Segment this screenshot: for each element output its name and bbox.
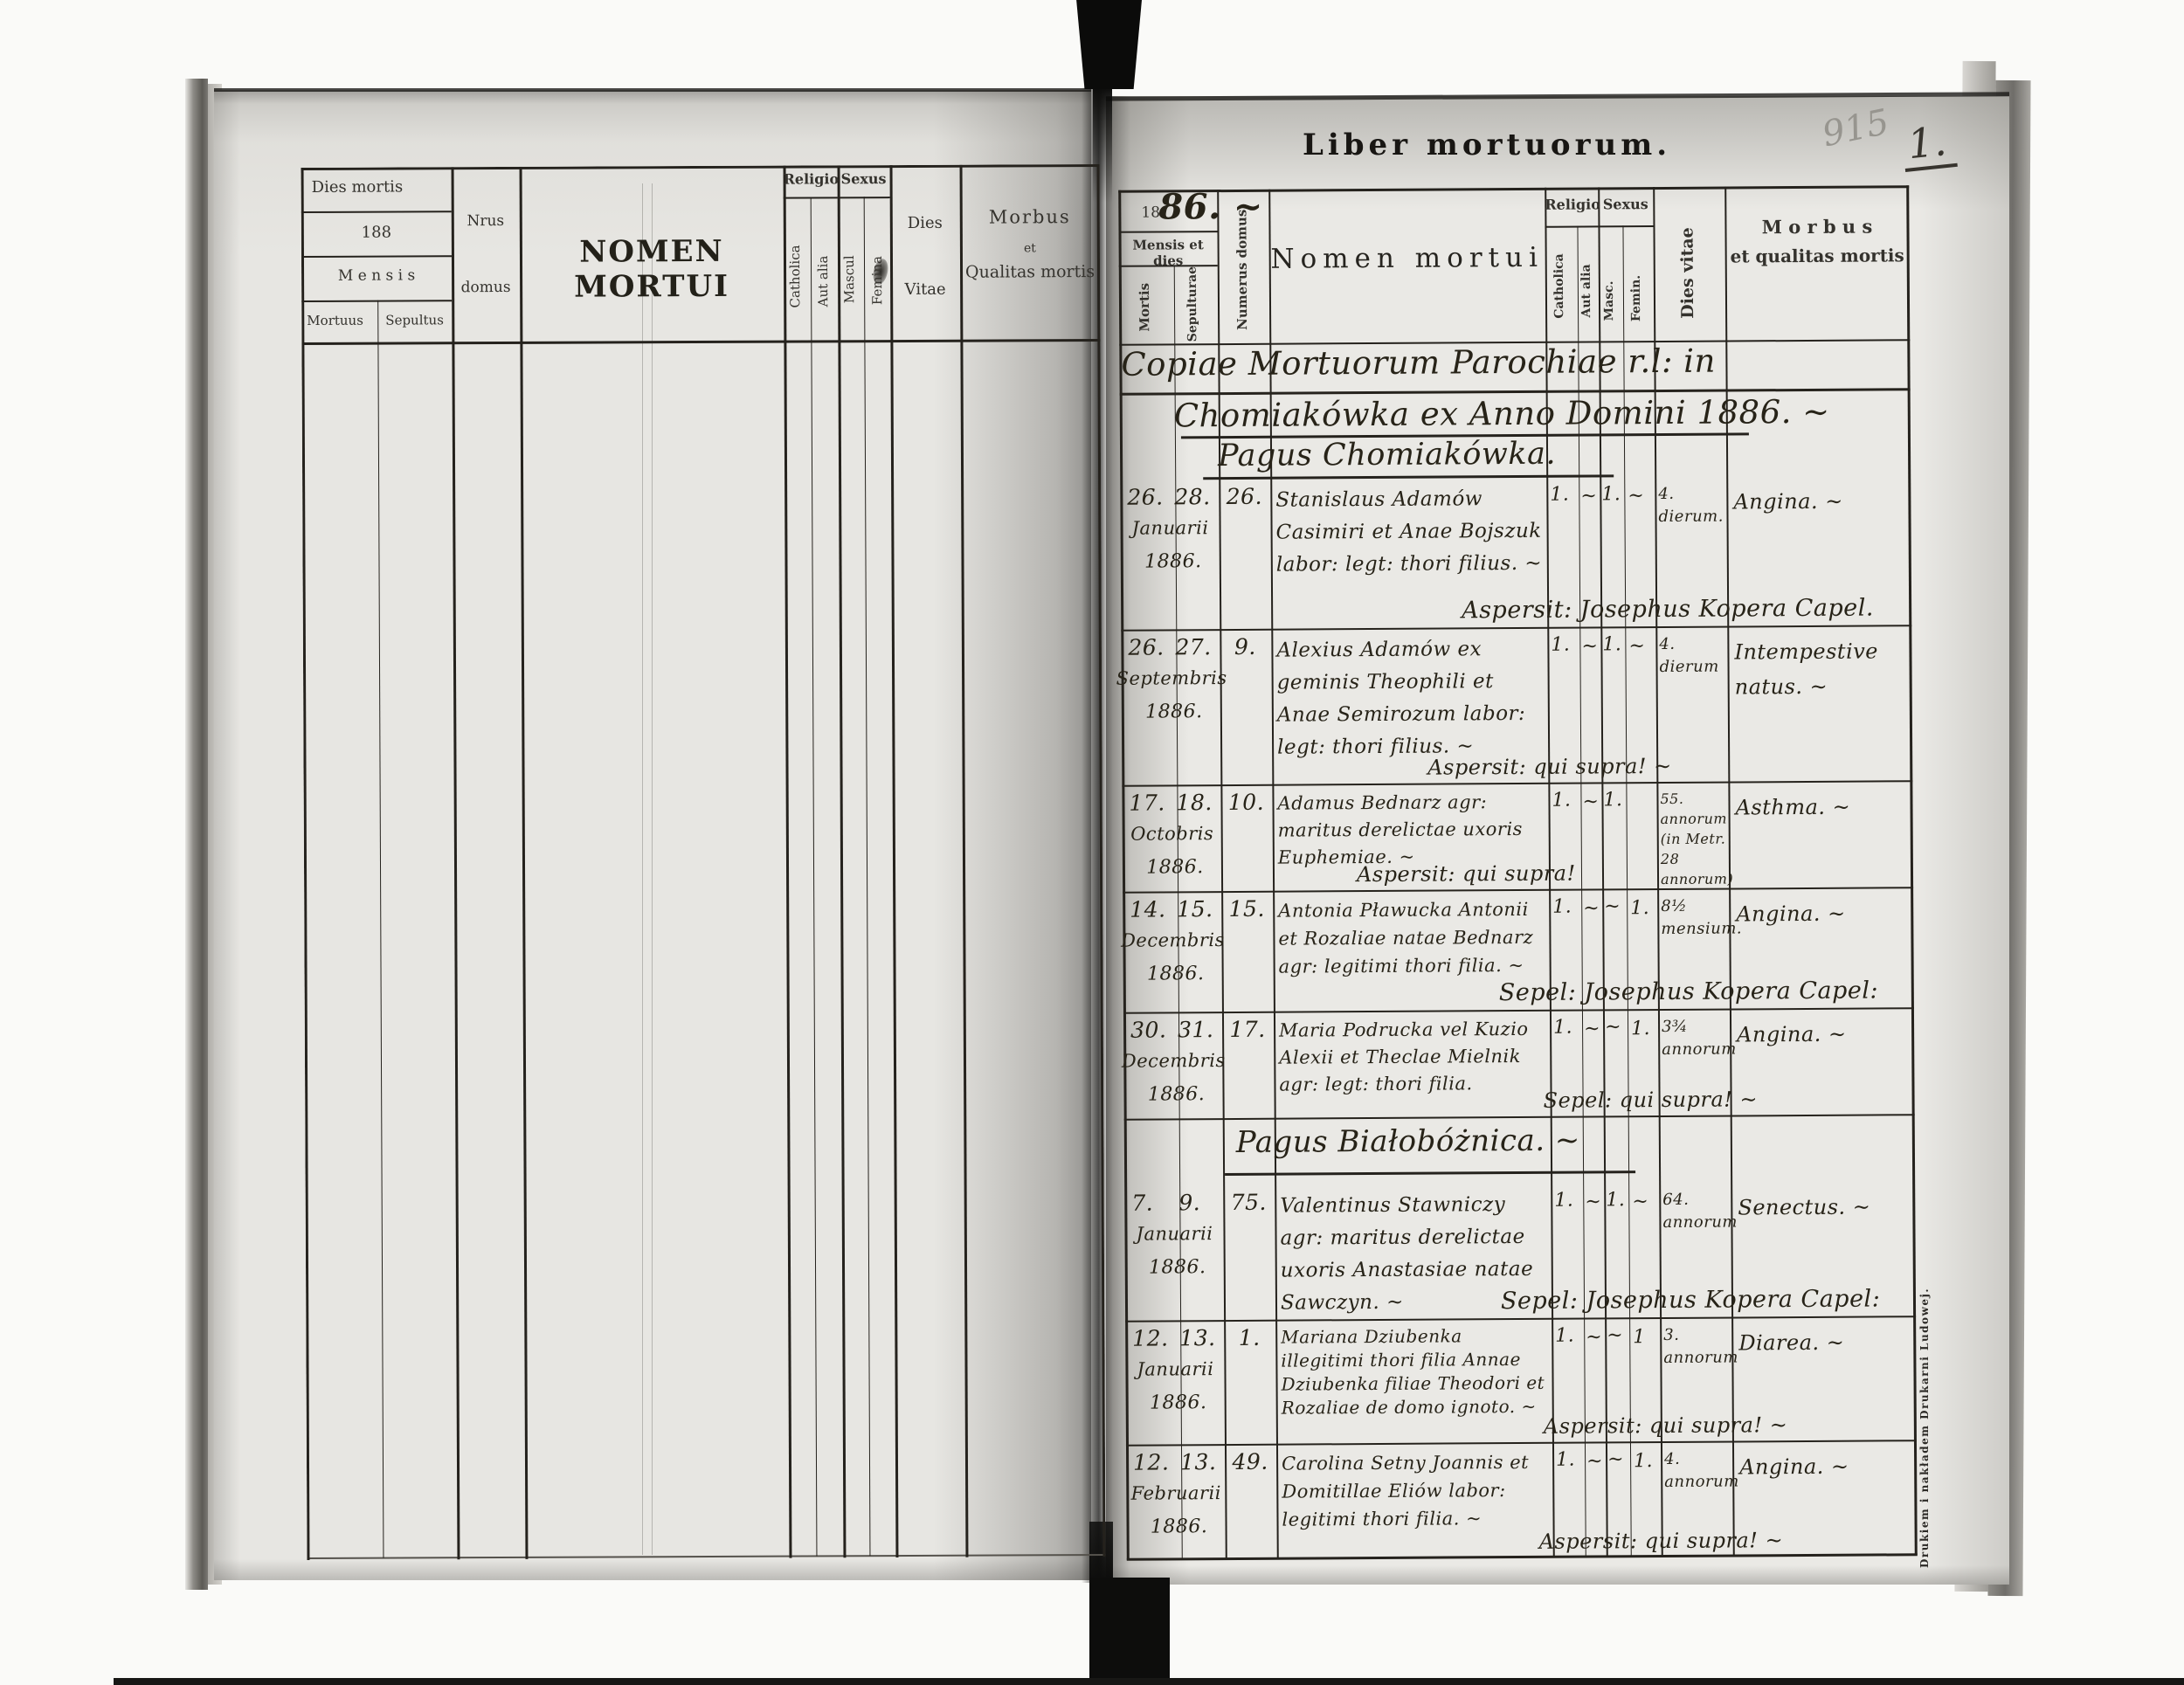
religio-catholica-mark: 1. [1550,484,1569,506]
sexus-masc-mark: ~ [1607,1324,1623,1346]
cause-of-death: Angina. ~ [1739,1448,1912,1484]
age: 64. annorum [1662,1189,1729,1234]
col-femin: Femin. [1629,257,1644,339]
house-number: 49. [1226,1449,1275,1474]
month: Septembris [1116,667,1227,689]
age: 4. dierum [1659,633,1725,679]
col-domus: domus [452,279,520,296]
deceased-name: Stanislaus Adamów Casimiri et Anae Bojsz… [1275,483,1544,582]
col-morbus: Morbus [960,206,1100,228]
burial-note: Sepel: qui supra! ~ [1543,1087,1758,1112]
title-line-1: Copiae Mortuorum Parochiae r.l: in [1121,342,1716,383]
col-masc: Masc. [1602,262,1617,339]
sexus-masc-mark: 1. [1606,1189,1625,1211]
binding-tape-top [1074,0,1142,89]
month: Decembris [1117,929,1227,951]
year: 1886. [1126,1392,1231,1414]
printer-imprint: Drukiem i nakładem Drukarni Ludowej. [1918,1256,1936,1599]
deceased-name: Antonia Pławucka Antonii et Rozaliae nat… [1278,895,1546,981]
deceased-name: Carolina Setny Joannis et Domitillae Eli… [1282,1448,1550,1534]
house-number: 15. [1222,896,1271,922]
burial-note: Aspersit: qui supra! ~ [1539,1528,1784,1554]
year-printed: 18 [1141,204,1160,221]
house-number: 1. [1225,1325,1274,1350]
col-morbus-et: et [960,241,1100,256]
sexus-masc-mark: ~ [1604,895,1621,917]
sexus-femin-mark: ~ [1628,485,1644,507]
col-morbus-qualitas: et qualitas mortis [1725,245,1910,266]
religio-aut-alia-mark: ~ [1582,791,1599,812]
cause-of-death: Asthma. ~ [1735,789,1908,825]
sexus-masc-mark: 1. [1602,633,1621,655]
death-day: 7. [1131,1191,1153,1216]
col-nomen-mortui: Nomen mortui [1269,242,1545,275]
right-form-table: 18 86. ~ Mensis et dies Mortis Sepultura… [1118,185,1918,1564]
sexus-masc-mark: ~ [1607,1448,1624,1470]
col-mortis: Mortis [1137,274,1152,341]
sexus-femin-mark: ~ [1628,635,1645,657]
col-catholica: Catholica [1552,233,1567,340]
year: 1886. [1123,963,1228,985]
religio-catholica-mark: 1. [1555,1325,1574,1347]
col-aut-alia: Aut alia [1579,241,1594,339]
table-row: 12. 13. Januarii 1886. 1. Mariana Dziube… [1125,1317,1917,1447]
religio-catholica-mark: 1. [1556,1449,1575,1471]
year: 1886. [1126,1516,1231,1538]
sexus-masc-mark: 1. [1603,789,1622,811]
month: Januarii [1115,517,1225,539]
section-heading-row: Pagus Białobóżnica. ~ [1124,1115,1915,1187]
burial-day: 13. [1180,1449,1216,1474]
age: 4. dierum. [1658,483,1724,528]
sexus-femin-mark: 1. [1634,1450,1653,1472]
burial-note: Aspersit: qui supra! [1357,861,1576,887]
age: 3. annorum [1663,1324,1730,1370]
col-religio: Religio [1545,196,1598,212]
death-day: 12. [1132,1325,1168,1350]
entries-body: Copiae Mortuorum Parochiae r.l: in Chomi… [1119,341,1917,1560]
title-line-3: Pagus Chomiakówka. [1218,437,1556,473]
burial-day: 31. [1178,1017,1213,1042]
religio-catholica-mark: 1. [1553,1017,1572,1039]
year: 1886. [1122,701,1227,723]
house-number: 10. [1221,790,1270,815]
col-nomen-mortui: NOMEN MORTUI [520,234,784,305]
religio-catholica-mark: 1. [1552,896,1572,918]
month: Februarii [1121,1482,1231,1504]
cause-of-death: Angina. ~ [1736,895,1909,931]
month: Januarii [1119,1223,1229,1245]
col-morbus: M o r b u s [1724,215,1909,238]
col-mascul: Mascul [841,223,858,336]
table-row: 7. 9. Januarii 1886. 75. Valentinus Staw… [1124,1182,1916,1322]
section-heading: Pagus Białobóżnica. ~ [1236,1123,1580,1160]
col-year-prefix: 188 [301,223,452,242]
title-line-2: Chomiakówka ex Anno Domini 1886. ~ [1174,393,1830,435]
religio-aut-alia-mark: ~ [1583,897,1600,919]
religio-aut-alia-mark: ~ [1586,1450,1603,1472]
death-day: 14. [1130,896,1165,922]
cause-of-death: Angina. ~ [1733,483,1906,519]
cause-of-death: Angina. ~ [1737,1016,1910,1052]
deceased-name: Maria Podrucka vel Kuzio Alexii et Thecl… [1279,1016,1547,1099]
death-day: 12. [1133,1449,1169,1474]
year: 1886. [1121,550,1226,573]
deceased-name: Mariana Dziubenka illegitimi thori filia… [1281,1324,1549,1420]
register-title-line: Copiae Mortuorum Parochiae r.l: in [1119,341,1910,396]
table-row: 12. 13. Februarii 1886. 49. Carolina Set… [1126,1441,1918,1560]
year: 1886. [1123,856,1227,879]
religio-aut-alia-mark: ~ [1580,485,1597,507]
col-mortuus: Mortuus [307,313,363,328]
cause-of-death: Senectus. ~ [1738,1189,1911,1225]
register-scan: Liber mortuorum. 915 1. Dies mortis 188 … [0,0,2184,1685]
col-nrus: Nrus [452,212,520,230]
deceased-name: Alexius Adamów ex geminis Theophili et A… [1276,633,1545,764]
religio-aut-alia-mark: ~ [1584,1018,1600,1039]
religio-catholica-mark: 1. [1554,1190,1573,1212]
col-catholica: Catholica [787,216,804,336]
deceased-name: Adamus Bednarz agr: maritus derelictae u… [1277,789,1545,872]
year: 1886. [1123,1083,1228,1106]
burial-day: 18. [1176,790,1212,815]
death-day: 26. [1127,484,1163,509]
house-number: 17. [1223,1017,1272,1042]
register-title-line: Pagus Chomiakówka. [1120,434,1911,481]
sexus-femin-mark: 1. [1631,1018,1650,1039]
table-row: 14. 15. Decembris 1886. 15. Antonia Pław… [1123,888,1914,1014]
burial-day: 15. [1177,896,1213,922]
table-row: 26. 27. Septembris 1886. 9. Alexius Adam… [1121,626,1912,787]
col-dies-vitae: Dies vitae [1677,211,1697,335]
left-cover-edge [185,79,208,1590]
col-mensis: M e n s i s [301,266,452,285]
burial-note: Sepel: Josephus Kopera Capel: [1499,977,1878,1006]
house-number: 75. [1224,1190,1273,1215]
table-row: 26. 28. Januarii 1886. 26. Stanislaus Ad… [1120,476,1911,632]
col-qualitas-mortis: Qualitas mortis [960,262,1100,282]
burial-day: 9. [1178,1190,1200,1215]
religio-aut-alia-mark: ~ [1585,1191,1601,1212]
sexus-femin-mark: 1. [1630,897,1649,919]
death-day: 17. [1129,790,1165,815]
month: Decembris [1118,1050,1228,1072]
col-religio: Religio [784,170,838,187]
col-aut-alia: Aut alia [815,226,832,336]
religio-aut-alia-mark: ~ [1586,1326,1602,1348]
page-title: Liber mortuorum. [1277,128,1697,162]
col-numerus-domus: Numerus domus [1234,200,1250,340]
table-row: 30. 31. Decembris 1886. 17. Maria Podruc… [1123,1009,1915,1121]
religio-aut-alia-mark: ~ [1581,635,1598,657]
left-page-top-edge [214,88,1091,92]
burial-note: Aspersit: qui supra! ~ [1544,1412,1788,1439]
burial-day: 27. [1175,634,1211,659]
register-title-line: Chomiakówka ex Anno Domini 1886. ~ [1120,390,1911,439]
sexus-femin-mark: 1 [1633,1326,1646,1348]
burial-day: 13. [1179,1325,1215,1350]
col-sexus: Sexus [838,170,890,187]
religio-catholica-mark: 1. [1551,634,1570,656]
age: 3¾ annorum [1662,1016,1728,1061]
page-number: 1. [1900,116,1958,172]
binding-tape-bottom [1089,1578,1170,1685]
col-vitae: Vitae [890,280,960,299]
cause-of-death: Intempestive natus. ~ [1734,633,1907,704]
age: 55. annorum (in Metr. 28 annorum) [1660,789,1727,889]
year: 1886. [1125,1256,1230,1279]
col-sexus: Sexus [1598,196,1653,212]
col-dies-mortis: Dies mortis [312,177,404,196]
table-row: 17. 18. Octobris 1886. 10. Adamus Bednar… [1122,782,1913,894]
burial-note: Aspersit: Josephus Kopera Capel. [1462,595,1874,625]
death-day: 26. [1128,634,1164,659]
house-number: 9. [1220,634,1269,659]
cause-of-death: Diarea. ~ [1738,1324,1911,1360]
sexus-masc-mark: 1. [1601,483,1621,505]
col-sepulturae: Sepulturae [1185,266,1200,342]
burial-day: 28. [1174,484,1210,509]
sexus-masc-mark: ~ [1605,1016,1621,1038]
age: 8½ mensium. [1661,895,1727,941]
sexus-femin-mark: ~ [1632,1191,1648,1212]
month: Octobris [1117,823,1227,845]
scan-bottom-bar [114,1678,2184,1685]
religio-catholica-mark: 1. [1552,790,1571,811]
death-day: 30. [1130,1017,1166,1042]
month: Januarii [1120,1358,1230,1380]
col-sepultus: Sepultus [385,312,444,328]
left-form-table: Dies mortis 188 M e n s i s Mortuus Sepu… [301,164,1106,1562]
burial-note: Sepel: Josephus Kopera Capel: [1501,1285,1880,1315]
col-dies: Dies [890,214,960,232]
age: 4. annorum [1664,1448,1731,1494]
col-femina: Femina [869,224,886,336]
house-number: 26. [1220,484,1268,509]
burial-note: Aspersit: qui supra! ~ [1427,754,1672,780]
